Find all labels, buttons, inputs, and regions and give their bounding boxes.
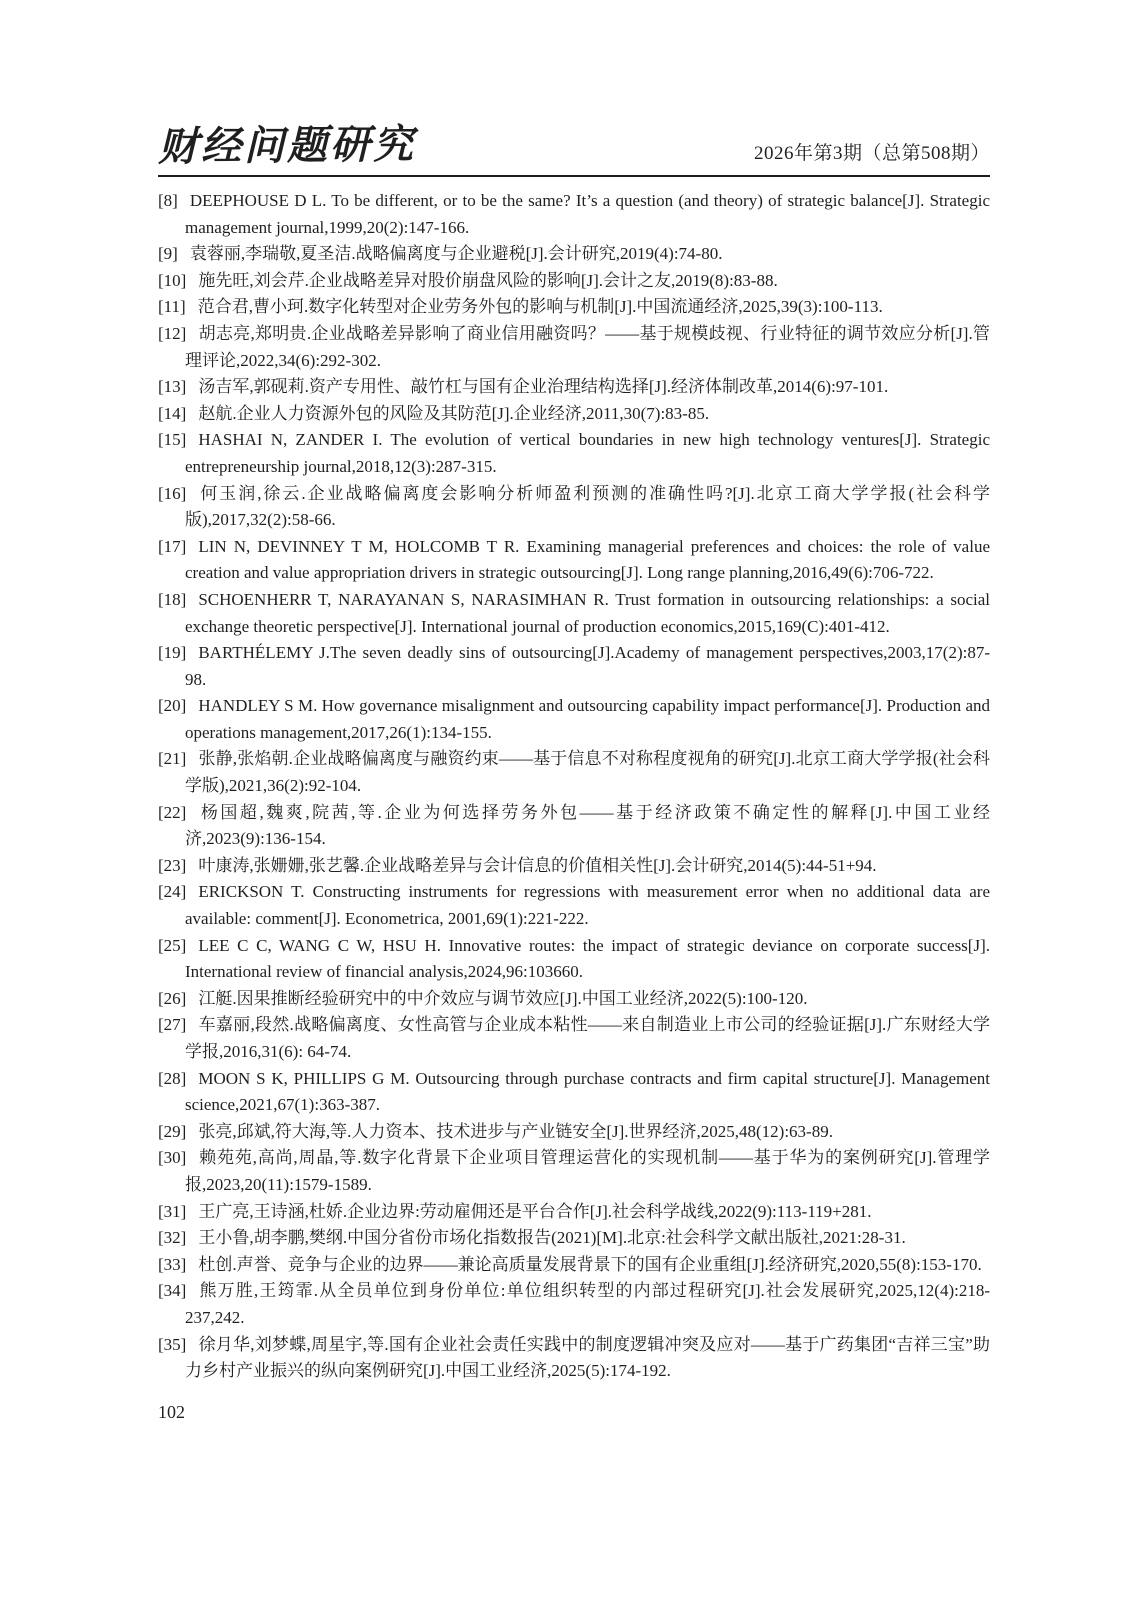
reference-item: [30]赖苑苑,高尚,周晶,等.数字化背景下企业项目管理运营化的实现机制——基于…: [158, 1145, 990, 1198]
reference-item: [8]DEEPHOUSE D L. To be different, or to…: [158, 188, 990, 241]
journal-logo: 财经问题研究: [158, 125, 416, 168]
reference-label: [11]: [158, 297, 186, 316]
reference-text: 车嘉丽,段然.战略偏离度、女性高管与企业成本粘性——来自制造业上市公司的经验证据…: [185, 1015, 990, 1061]
reference-text: LIN N, DEVINNEY T M, HOLCOMB T R. Examin…: [185, 537, 990, 583]
reference-item: [23]叶康涛,张姗姗,张艺馨.企业战略差异与会计信息的价值相关性[J].会计研…: [158, 853, 990, 880]
reference-label: [12]: [158, 324, 186, 343]
reference-item: [10]施先旺,刘会芹.企业战略差异对股价崩盘风险的影响[J].会计之友,201…: [158, 268, 990, 295]
reference-label: [32]: [158, 1228, 186, 1247]
reference-label: [21]: [158, 749, 186, 768]
reference-label: [31]: [158, 1202, 186, 1221]
reference-item: [28]MOON S K, PHILLIPS G M. Outsourcing …: [158, 1066, 990, 1119]
page-footer: 102: [158, 1402, 990, 1423]
reference-label: [23]: [158, 856, 186, 875]
reference-label: [14]: [158, 404, 186, 423]
reference-item: [11]范合君,曹小珂.数字化转型对企业劳务外包的影响与机制[J].中国流通经济…: [158, 294, 990, 321]
reference-label: [26]: [158, 989, 186, 1008]
reference-text: 何玉润,徐云.企业战略偏离度会影响分析师盈利预测的准确性吗?[J].北京工商大学…: [185, 484, 990, 530]
reference-text: 叶康涛,张姗姗,张艺馨.企业战略差异与会计信息的价值相关性[J].会计研究,20…: [198, 856, 876, 875]
reference-text: 江艇.因果推断经验研究中的中介效应与调节效应[J].中国工业经济,2022(5)…: [198, 989, 807, 1008]
reference-label: [34]: [158, 1281, 186, 1300]
reference-text: 张静,张焰朝.企业战略偏离度与融资约束——基于信息不对称程度视角的研究[J].北…: [185, 749, 990, 795]
page-header: 财经问题研究 2026年第3期（总第508期）: [158, 126, 990, 177]
reference-item: [25]LEE C C, WANG C W, HSU H. Innovative…: [158, 933, 990, 986]
reference-label: [18]: [158, 590, 186, 609]
reference-text: 袁蓉丽,李瑞敬,夏圣洁.战略偏离度与企业避税[J].会计研究,2019(4):7…: [190, 244, 723, 263]
reference-text: MOON S K, PHILLIPS G M. Outsourcing thro…: [185, 1069, 990, 1115]
reference-label: [22]: [158, 803, 186, 822]
reference-text: 汤吉军,郭砚莉.资产专用性、敲竹杠与国有企业治理结构选择[J].经济体制改革,2…: [198, 377, 888, 396]
reference-text: HASHAI N, ZANDER I. The evolution of ver…: [185, 430, 990, 476]
reference-label: [25]: [158, 936, 186, 955]
reference-text: 杜创.声誉、竞争与企业的边界——兼论高质量发展背景下的国有企业重组[J].经济研…: [198, 1255, 981, 1274]
reference-text: 范合君,曹小珂.数字化转型对企业劳务外包的影响与机制[J].中国流通经济,202…: [198, 297, 883, 316]
reference-text: 施先旺,刘会芹.企业战略差异对股价崩盘风险的影响[J].会计之友,2019(8)…: [198, 271, 777, 290]
page-number: 102: [158, 1402, 185, 1422]
reference-item: [12]胡志亮,郑明贵.企业战略差异影响了商业信用融资吗？——基于规模歧视、行业…: [158, 321, 990, 374]
reference-list: [8]DEEPHOUSE D L. To be different, or to…: [158, 188, 990, 1385]
reference-text: 王小鲁,胡李鹏,樊纲.中国分省份市场化指数报告(2021)[M].北京:社会科学…: [198, 1228, 905, 1247]
reference-label: [29]: [158, 1122, 186, 1141]
reference-text: 王广亮,王诗涵,杜娇.企业边界:劳动雇佣还是平台合作[J].社会科学战线,202…: [198, 1202, 871, 1221]
reference-item: [19]BARTHÉLEMY J.The seven deadly sins o…: [158, 640, 990, 693]
reference-item: [9]袁蓉丽,李瑞敬,夏圣洁.战略偏离度与企业避税[J].会计研究,2019(4…: [158, 241, 990, 268]
reference-text: 杨国超,魏爽,院茜,等.企业为何选择劳务外包——基于经济政策不确定性的解释[J]…: [185, 803, 990, 849]
reference-label: [10]: [158, 271, 186, 290]
reference-item: [20]HANDLEY S M. How governance misalign…: [158, 693, 990, 746]
reference-label: [27]: [158, 1015, 186, 1034]
reference-item: [18]SCHOENHERR T, NARAYANAN S, NARASIMHA…: [158, 587, 990, 640]
reference-item: [24]ERICKSON T. Constructing instruments…: [158, 879, 990, 932]
reference-label: [28]: [158, 1069, 186, 1088]
reference-text: 赖苑苑,高尚,周晶,等.数字化背景下企业项目管理运营化的实现机制——基于华为的案…: [185, 1148, 990, 1194]
reference-item: [17]LIN N, DEVINNEY T M, HOLCOMB T R. Ex…: [158, 534, 990, 587]
reference-text: LEE C C, WANG C W, HSU H. Innovative rou…: [185, 936, 990, 982]
reference-item: [33]杜创.声誉、竞争与企业的边界——兼论高质量发展背景下的国有企业重组[J]…: [158, 1252, 990, 1279]
issue-info: 2026年第3期（总第508期）: [754, 143, 990, 166]
reference-label: [17]: [158, 537, 186, 556]
reference-text: 张亮,邱斌,符大海,等.人力资本、技术进步与产业链安全[J].世界经济,2025…: [198, 1122, 833, 1141]
reference-label: [33]: [158, 1255, 186, 1274]
reference-label: [30]: [158, 1148, 186, 1167]
reference-item: [14]赵航.企业人力资源外包的风险及其防范[J].企业经济,2011,30(7…: [158, 401, 990, 428]
reference-text: 熊万胜,王筠霏.从全员单位到身份单位:单位组织转型的内部过程研究[J].社会发展…: [185, 1281, 990, 1327]
reference-label: [19]: [158, 643, 186, 662]
reference-text: 徐月华,刘梦蝶,周星宇,等.国有企业社会责任实践中的制度逻辑冲突及应对——基于广…: [185, 1335, 990, 1381]
journal-page: 财经问题研究 2026年第3期（总第508期） [8]DEEPHOUSE D L…: [0, 0, 1140, 1600]
reference-item: [21]张静,张焰朝.企业战略偏离度与融资约束——基于信息不对称程度视角的研究[…: [158, 746, 990, 799]
reference-text: 赵航.企业人力资源外包的风险及其防范[J].企业经济,2011,30(7):83…: [198, 404, 709, 423]
reference-item: [26]江艇.因果推断经验研究中的中介效应与调节效应[J].中国工业经济,202…: [158, 986, 990, 1013]
reference-item: [16]何玉润,徐云.企业战略偏离度会影响分析师盈利预测的准确性吗?[J].北京…: [158, 481, 990, 534]
reference-label: [13]: [158, 377, 186, 396]
reference-text: ERICKSON T. Constructing instruments for…: [185, 882, 990, 928]
reference-item: [35]徐月华,刘梦蝶,周星宇,等.国有企业社会责任实践中的制度逻辑冲突及应对—…: [158, 1332, 990, 1385]
reference-item: [29]张亮,邱斌,符大海,等.人力资本、技术进步与产业链安全[J].世界经济,…: [158, 1119, 990, 1146]
reference-label: [20]: [158, 696, 186, 715]
reference-item: [32]王小鲁,胡李鹏,樊纲.中国分省份市场化指数报告(2021)[M].北京:…: [158, 1225, 990, 1252]
reference-label: [9]: [158, 244, 178, 263]
reference-item: [22]杨国超,魏爽,院茜,等.企业为何选择劳务外包——基于经济政策不确定性的解…: [158, 800, 990, 853]
reference-text: DEEPHOUSE D L. To be different, or to be…: [185, 191, 990, 237]
reference-text: HANDLEY S M. How governance misalignment…: [185, 696, 990, 742]
reference-label: [16]: [158, 484, 186, 503]
reference-text: SCHOENHERR T, NARAYANAN S, NARASIMHAN R.…: [185, 590, 990, 636]
reference-item: [34]熊万胜,王筠霏.从全员单位到身份单位:单位组织转型的内部过程研究[J].…: [158, 1278, 990, 1331]
reference-label: [35]: [158, 1335, 186, 1354]
reference-label: [24]: [158, 882, 186, 901]
reference-label: [15]: [158, 430, 186, 449]
reference-text: BARTHÉLEMY J.The seven deadly sins of ou…: [185, 643, 990, 689]
reference-item: [13]汤吉军,郭砚莉.资产专用性、敲竹杠与国有企业治理结构选择[J].经济体制…: [158, 374, 990, 401]
reference-item: [15]HASHAI N, ZANDER I. The evolution of…: [158, 427, 990, 480]
reference-text: 胡志亮,郑明贵.企业战略差异影响了商业信用融资吗？——基于规模歧视、行业特征的调…: [185, 324, 990, 370]
reference-item: [27]车嘉丽,段然.战略偏离度、女性高管与企业成本粘性——来自制造业上市公司的…: [158, 1012, 990, 1065]
reference-item: [31]王广亮,王诗涵,杜娇.企业边界:劳动雇佣还是平台合作[J].社会科学战线…: [158, 1199, 990, 1226]
reference-label: [8]: [158, 191, 178, 210]
